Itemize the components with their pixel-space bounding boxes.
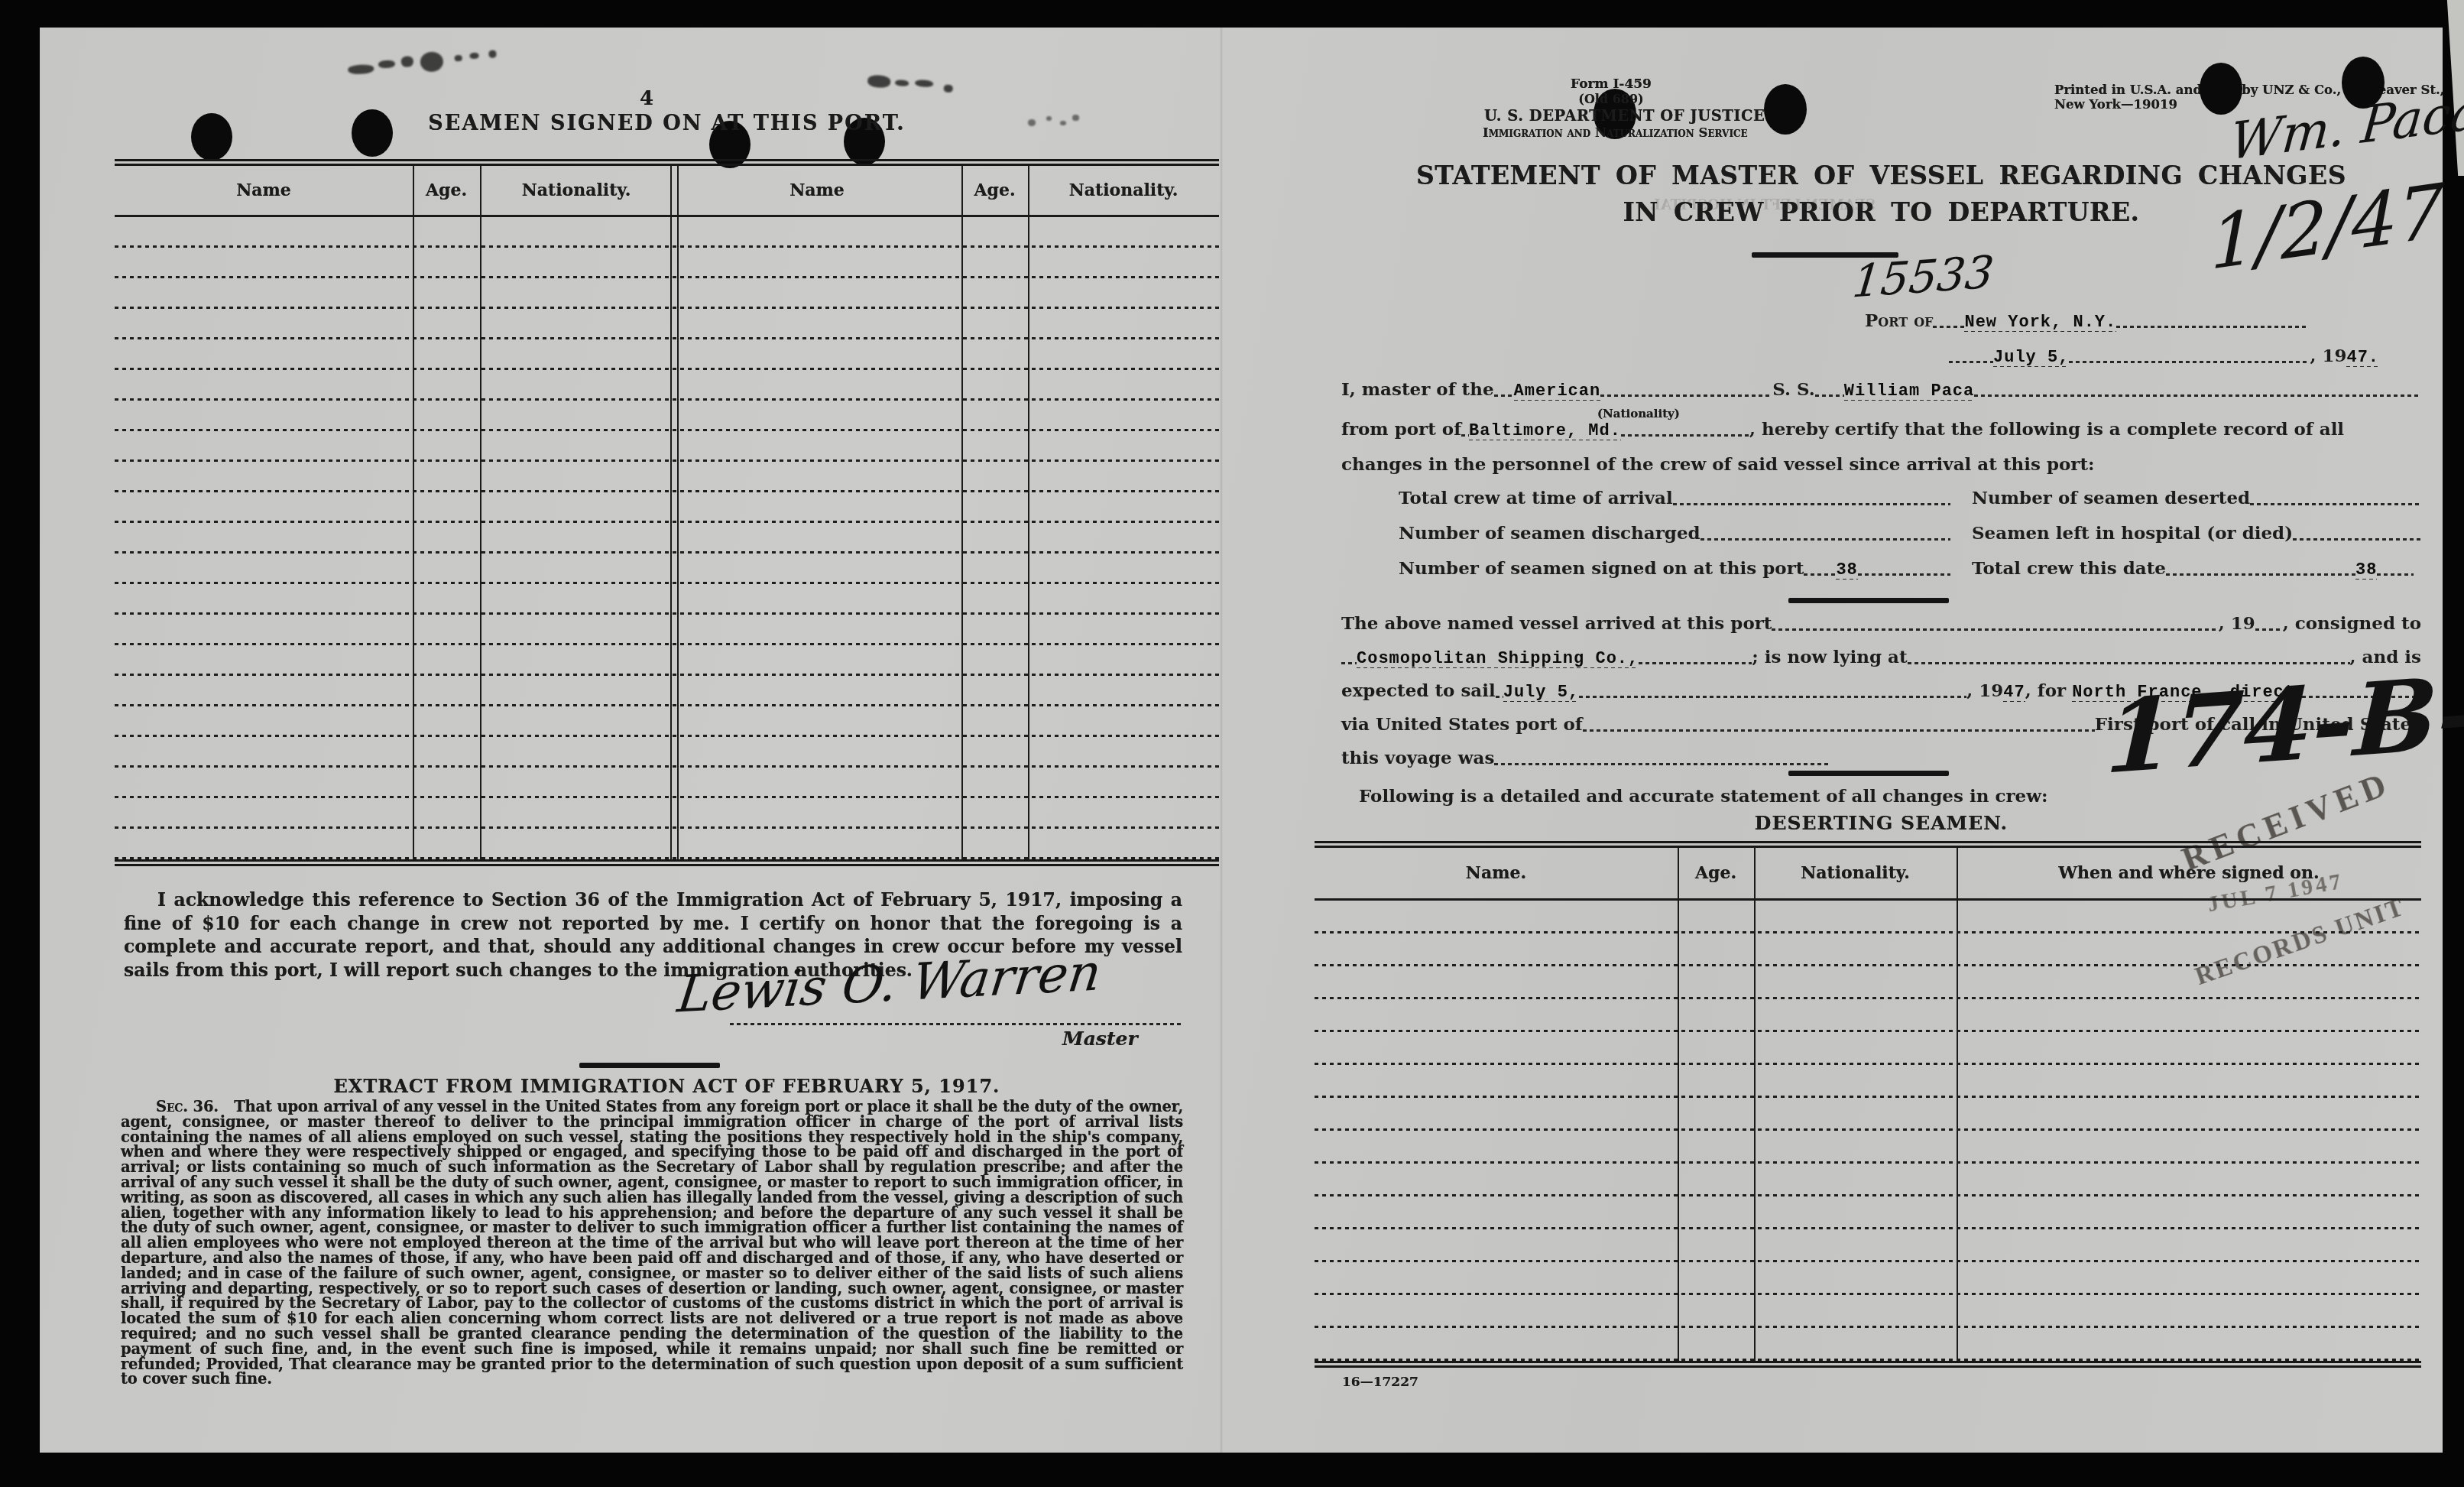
department-name: U. S. DEPARTMENT OF JUSTICE <box>1484 107 1765 125</box>
printed-label: I, master of the <box>1341 379 1494 400</box>
table-row <box>1315 901 2421 933</box>
column-header-signed-on: When and where signed on. <box>1957 863 2421 883</box>
table-row <box>115 370 1219 401</box>
table-body <box>1315 901 2421 1361</box>
changes-line: changes in the personnel of the crew of … <box>1341 454 2421 475</box>
typed-entry: New York, N.Y. <box>1964 313 2116 332</box>
section-rule <box>579 1063 720 1068</box>
dotted-leader <box>1908 661 2350 664</box>
printed-label: Number of seamen signed on at this port <box>1399 558 1804 579</box>
table-row <box>1315 1328 2421 1361</box>
table-row <box>115 401 1219 431</box>
column-header-nationality: Nationality. <box>1754 863 1957 883</box>
printed-label: Number of seamen discharged <box>1399 523 1700 544</box>
seamen-deserted-field: Number of seamen deserted <box>1972 488 2421 508</box>
dotted-leader <box>1600 393 1772 397</box>
dotted-leader <box>2250 502 2421 505</box>
print-order-imprint: 16—17227 <box>1342 1375 1418 1390</box>
table-bottom-rule <box>115 859 1219 866</box>
column-divider <box>1678 847 1679 1362</box>
dotted-leader <box>2166 572 2355 576</box>
column-header-name: Name. <box>1315 863 1678 883</box>
table-bottom-rule <box>1315 1361 2421 1368</box>
deserting-seamen-table: Name. Age. Nationality. When and where s… <box>1315 841 2421 1368</box>
master-vessel-line: I, master of theAmericanS. S.William Pac… <box>1341 379 2421 401</box>
table-row <box>1315 999 2421 1032</box>
typed-entry: 47 <box>2003 683 2025 702</box>
column-divider <box>961 165 963 860</box>
column-divider <box>1754 847 1756 1362</box>
table-row <box>1315 1098 2421 1131</box>
printed-label: changes in the personnel of the crew of … <box>1341 454 2095 475</box>
dotted-leader <box>1700 537 1950 541</box>
extract-heading: EXTRACT FROM IMMIGRATION ACT OF FEBRUARY… <box>115 1075 1219 1097</box>
sec36-text: That upon arrival of any vessel in the U… <box>121 1098 1183 1388</box>
section-rule <box>1788 771 1949 776</box>
total-crew-this-date-field: Total crew this date38 <box>1972 558 2421 580</box>
table-row <box>1315 1032 2421 1065</box>
punch-hole <box>2200 63 2242 115</box>
dotted-leader <box>1341 661 1357 664</box>
port-of-line: Port ofNew York, N.Y. <box>1865 310 2307 332</box>
table-row <box>115 217 1219 248</box>
column-header-age: Age. <box>961 180 1028 200</box>
dotted-leader <box>1772 627 2218 631</box>
table-row <box>1315 933 2421 966</box>
column-header-nationality: Nationality. <box>480 180 673 200</box>
table-row <box>1315 1196 2421 1229</box>
table-row <box>1315 1065 2421 1098</box>
column-header-age: Age. <box>413 180 480 200</box>
seamen-hospital-field: Seamen left in hospital (or died) <box>1972 523 2421 544</box>
table-row <box>115 431 1219 462</box>
printed-label: this voyage was <box>1341 748 1494 768</box>
table-row <box>115 737 1219 768</box>
table-row <box>115 676 1219 706</box>
table-row <box>1315 1229 2421 1262</box>
typed-entry: Baltimore, Md. <box>1469 421 1621 440</box>
dotted-leader <box>1579 694 1966 698</box>
printed-label: Port of <box>1865 310 1933 331</box>
form-number-old: (Old 689) <box>1550 92 1672 106</box>
dotted-leader <box>1974 393 2421 397</box>
form-number: Form I-459 <box>1550 76 1672 92</box>
dotted-leader <box>1815 393 1844 397</box>
dotted-leader <box>1583 728 2095 732</box>
dotted-leader <box>1639 661 1752 664</box>
total-crew-arrival-field: Total crew at time of arrival <box>1399 488 1950 508</box>
center-column-divider <box>670 165 679 860</box>
table-row <box>115 798 1219 829</box>
page-number: 4 <box>631 87 662 110</box>
printed-label: S. S. <box>1772 379 1815 400</box>
table-row <box>115 309 1219 339</box>
column-divider <box>1028 165 1029 860</box>
left-page-title: SEAMEN SIGNED ON AT THIS PORT. <box>115 112 1219 135</box>
consignee-line: Cosmopolitan Shipping Co.,; is now lying… <box>1341 647 2421 668</box>
from-port-line: from port ofBaltimore, Md., hereby certi… <box>1341 419 2421 440</box>
table-row <box>115 339 1219 370</box>
following-statement-line: Following is a detailed and accurate sta… <box>1359 786 2421 807</box>
form-title-line1: STATEMENT OF MASTER OF VESSEL REGARDING … <box>1341 161 2421 190</box>
seamen-discharged-field: Number of seamen discharged <box>1399 523 1950 544</box>
table-row <box>115 645 1219 676</box>
printed-label: from port of <box>1341 419 1461 440</box>
printed-label: Total crew this date <box>1972 558 2166 579</box>
dotted-leader <box>2293 537 2421 541</box>
column-header-name: Name <box>115 180 413 200</box>
printed-label: Following is a detailed and accurate sta… <box>1359 786 2047 807</box>
dotted-leader <box>1496 694 1503 698</box>
printed-label: The above named vessel arrived at this p… <box>1341 613 1772 634</box>
dotted-leader <box>1461 433 1469 437</box>
printed-label: via United States port of <box>1341 714 1583 735</box>
printed-label: expected to sail <box>1341 680 1496 701</box>
sec36-paragraph: Sec. 36. That upon arrival of any vessel… <box>121 1099 1183 1387</box>
punch-hole <box>1764 84 1807 135</box>
service-name: Immigration and Naturalization Service <box>1483 125 1748 140</box>
printed-label: , 19 <box>2219 613 2255 634</box>
typed-entry: 38 <box>1836 560 1857 580</box>
typed-entry: American <box>1514 381 1601 401</box>
section-rule <box>1788 598 1949 603</box>
printed-label: , consigned to <box>2283 613 2421 634</box>
printed-label: Total crew at time of arrival <box>1399 488 1673 508</box>
dotted-leader <box>1494 393 1514 397</box>
dotted-leader <box>1949 359 1993 363</box>
date-line: July 5,, 1947. <box>1949 346 2421 367</box>
dotted-leader <box>2255 627 2283 631</box>
scanned-document: 4 SEAMEN SIGNED ON AT THIS PORT. Name Ag… <box>0 0 2464 1487</box>
typed-entry: William Paca <box>1844 381 1974 401</box>
dotted-leader <box>2116 324 2307 328</box>
printed-label: , hereby certify that the following is a… <box>1749 419 2344 440</box>
typed-entry: July 5, <box>1993 348 2069 367</box>
printed-label: Number of seamen deserted <box>1972 488 2250 508</box>
dotted-leader <box>1804 572 1836 576</box>
typed-entry: 38 <box>2355 560 2377 580</box>
typed-entry: Cosmopolitan Shipping Co., <box>1357 649 1639 668</box>
table-row <box>115 492 1219 523</box>
seamen-signed-on-table: Name Age. Nationality. Name Age. Nationa… <box>115 159 1219 866</box>
column-header-age: Age. <box>1678 863 1754 883</box>
vessel-arrived-line: The above named vessel arrived at this p… <box>1341 613 2421 634</box>
typed-entry: 47. <box>2346 348 2379 367</box>
table-row <box>115 462 1219 492</box>
printed-label: Seamen left in hospital (or died) <box>1972 523 2293 544</box>
column-header-name: Name <box>673 180 961 200</box>
table-row <box>115 768 1219 798</box>
signature-role-label: Master <box>1062 1028 1138 1050</box>
table-row <box>115 584 1219 615</box>
dotted-leader <box>2069 359 2310 363</box>
table-row <box>115 554 1219 584</box>
typed-entry: July 5, <box>1503 683 1579 702</box>
table-row <box>1315 1131 2421 1164</box>
dotted-leader <box>1621 433 1749 437</box>
printed-label: , 19 <box>2310 346 2346 366</box>
table-row <box>115 248 1219 278</box>
table-row <box>1315 1164 2421 1196</box>
dotted-leader <box>1933 324 1964 328</box>
table-top-rule <box>1315 841 2421 848</box>
table-row <box>115 615 1219 645</box>
dotted-leader <box>1673 502 1950 505</box>
printed-label: ; is now lying at <box>1752 647 1907 667</box>
table-row <box>115 706 1219 737</box>
handwritten-file-number: 15533 <box>1850 245 1996 308</box>
table-row <box>115 523 1219 554</box>
signature-line <box>730 1023 1182 1025</box>
table-row <box>115 278 1219 309</box>
center-fold-crease <box>1220 28 1223 1453</box>
printed-label: , for <box>2025 680 2072 701</box>
column-divider <box>480 165 481 860</box>
dotted-leader <box>1858 572 1950 576</box>
seamen-signed-on-field: Number of seamen signed on at this port3… <box>1399 558 1950 580</box>
table-top-rule <box>115 159 1219 166</box>
column-divider <box>1957 847 1958 1362</box>
printed-label: , 19 <box>1966 680 2003 701</box>
column-divider <box>413 165 414 860</box>
table-row <box>1315 966 2421 999</box>
table-row <box>1315 1262 2421 1295</box>
dotted-leader <box>1494 761 1829 765</box>
column-header-nationality: Nationality. <box>1028 180 1219 200</box>
table-row <box>115 829 1219 859</box>
table-body <box>115 217 1219 859</box>
dotted-leader <box>2377 572 2414 576</box>
table-row <box>1315 1295 2421 1328</box>
